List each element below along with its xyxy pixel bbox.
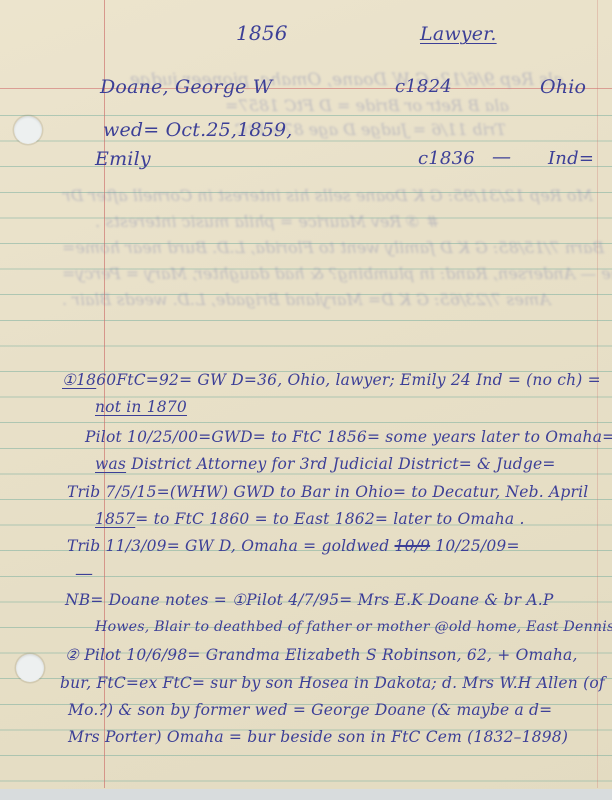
census-note-line: not in 1870 [95,399,187,416]
ink-bleedthrough-line: Barn 7/15/85: G K D family went to Flori… [62,238,604,257]
newspaper-note-line: 1857= to FtC 1860 = to East 1862= later … [95,511,525,528]
newspaper-note-underlined: 1857 [95,510,135,528]
struck-out-date: 10/9 [395,537,431,555]
subject-birth-year: c1824 [395,77,452,97]
punch-hole-bottom [16,654,44,682]
newspaper-note-text: = to FtC 1860 = to East 1862= later to O… [135,510,524,528]
ink-bleedthrough-line: Mo Rep 12/31/95: G K Doane sells his int… [63,186,593,205]
scanned-notebook-page: als Rep 9/6/12: G W Doane, Omaha, pionee… [0,0,612,800]
right-margin-rule [597,0,598,788]
newspaper-note-text: Trib 11/3/09= GW D, Omaha = goldwed [67,537,395,555]
newspaper-note-text: District Attorney for 3rd Judicial Distr… [126,455,556,473]
punch-hole-top [14,116,42,144]
nb-note-line: ② Pilot 10/6/98= Grandma Elizabeth S Rob… [65,647,578,664]
nb-note-line: Mrs Porter) Omaha = bur beside son in Ft… [68,729,568,746]
spouse-birth-year: c1836 [418,149,475,169]
newspaper-note-line: Pilot 10/25/00=GWD= to FtC 1856= some ye… [85,429,612,446]
nb-note-line: NB= Doane notes = ①Pilot 4/7/95= Mrs E.K… [65,592,554,609]
newspaper-note-line: Trib 7/5/15=(WHW) GWD to Bar in Ohio= to… [67,484,588,501]
newspaper-note-text: 10/25/09= [430,537,520,555]
newspaper-note-line: was District Attorney for 3rd Judicial D… [95,456,556,473]
section-dash: — [75,564,93,584]
census-note-underlined: ①18 [62,371,96,389]
ink-bleedthrough-line: # ⑤ Rev Maurice = phila music interests … [95,212,439,231]
spouse-dash: — [492,147,511,168]
nb-note-line: Howes, Blair to deathbed of father or mo… [95,620,612,636]
ink-bleedthrough-line: Ames 7/23/65: G K D= Maryland Brigade, L… [62,290,551,309]
marriage-date-line: wed= Oct.25,1859, [103,120,293,141]
nb-note-line: Mo.?) & son by former wed = George Doane… [68,702,552,719]
newspaper-note-underlined: was [95,455,126,473]
spouse-name: Emily [95,149,151,170]
scanner-bed-edge [0,789,612,800]
header-year: 1856 [236,22,288,44]
ink-bleedthrough-line: Lane — Andersen, Rand: in plumbing? & ha… [62,264,612,283]
census-note-line: ①1860FtC=92= GW D=36, Ohio, lawyer; Emil… [62,372,601,389]
newspaper-note-line: Trib 11/3/09= GW D, Omaha = goldwed 10/9… [67,538,520,555]
subject-birth-state: Ohio [540,77,586,98]
header-occupation: Lawyer. [420,24,497,45]
spouse-birth-state: Ind= [548,149,594,169]
ink-bleedthrough-line: ala B Retr or Bride = D FtC 1857= [225,96,509,115]
nb-note-line: bur, FtC=ex FtC= sur by son Hosea in Dak… [60,675,605,692]
census-note-text: 60FtC=92= GW D=36, Ohio, lawyer; Emily 2… [96,371,601,389]
subject-name: Doane, George W [100,77,272,98]
